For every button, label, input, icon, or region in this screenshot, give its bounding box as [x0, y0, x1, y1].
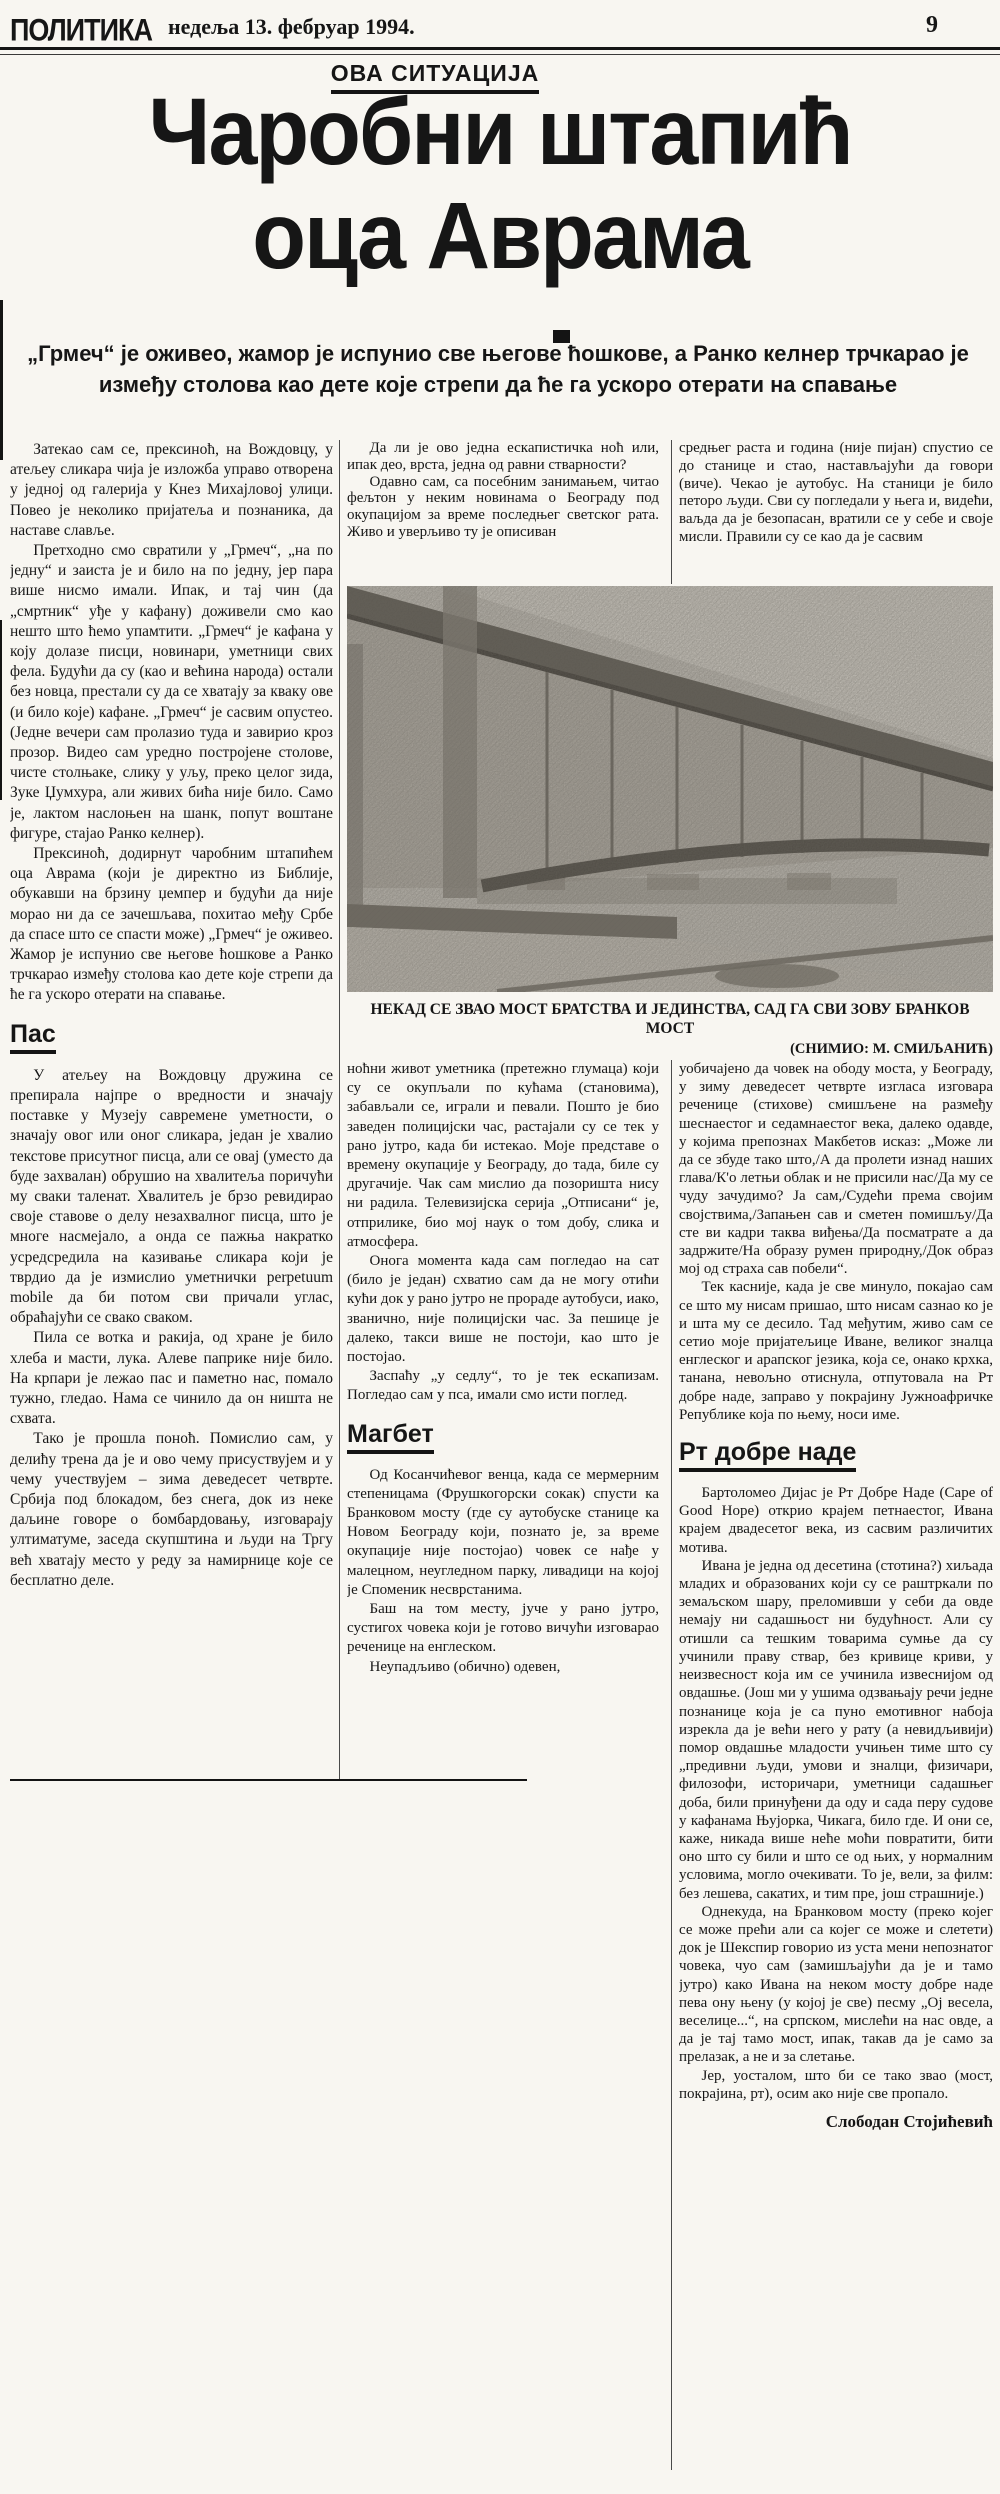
- column-rule-1: [339, 440, 340, 1779]
- body-paragraph: Заспаћу „у седлу“, то је тек ескапизам. …: [347, 1367, 659, 1405]
- body-paragraph: Неупадљиво (обично) одевен,: [347, 1658, 659, 1677]
- body-paragraph: Тек касније, када је све минуло, покајао…: [679, 1278, 993, 1424]
- column-rule-2-lower: [671, 1060, 672, 2470]
- body-paragraph: Јер, уосталом, што би се тако звао (мост…: [679, 2067, 993, 2103]
- body-paragraph: Прексиноћ, додирнут чаробним штапићем оц…: [10, 844, 333, 1006]
- photo-caption-block: НЕКАД СЕ ЗВАО МОСТ БРАТСТВА И ЈЕДИНСТВА,…: [347, 1000, 993, 1059]
- column-1: Затекао сам се, прексиноћ, на Вождовцу, …: [10, 440, 333, 1775]
- body-paragraph: Ивана је једна од десетина (стотина?) хи…: [679, 1557, 993, 1903]
- body-paragraph: ноћни живот уметника (претежно глумаца) …: [347, 1060, 659, 1252]
- edition-date: недеља 13. фебруар 1994.: [168, 14, 415, 40]
- body-paragraph: Од Косанчићевог венца, када се мермерним…: [347, 1466, 659, 1600]
- body-paragraph: Да ли је ово једна ескапистичка ноћ или,…: [347, 440, 659, 474]
- bridge-photo-graphic: [347, 586, 993, 992]
- article-end-rule: [10, 1779, 527, 1781]
- newspaper-page: ПОЛИТИКА недеља 13. фебруар 1994. 9 ОВА …: [0, 0, 1000, 2494]
- subhead-pas: Пас: [10, 1022, 56, 1054]
- scan-artifact: [0, 300, 3, 460]
- page-header: ПОЛИТИКА недеља 13. фебруар 1994. 9: [0, 10, 1000, 46]
- author-byline: Слободан Стојићевић: [679, 2113, 993, 2131]
- lede: „Грмеч“ је оживео, жамор је испунио све …: [12, 338, 984, 400]
- column-3-lower: уобичајено да човек на ободу моста, у Бе…: [679, 1060, 993, 2480]
- column-rule-2-upper: [671, 440, 672, 584]
- column-3-top: средњег раста и година (није пијан) спус…: [679, 440, 993, 584]
- subhead-magbet: Магбет: [347, 1422, 434, 1454]
- body-paragraph: Онога момента када сам погледао на сат (…: [347, 1252, 659, 1367]
- column-2-lower: ноћни живот уметника (претежно глумаца) …: [347, 1060, 659, 1775]
- body-paragraph: Пила се вотка и ракија, од хране је било…: [10, 1328, 333, 1429]
- body-paragraph: Однекуда, на Бранковом мосту (преко које…: [679, 1903, 993, 2067]
- newspaper-brand: ПОЛИТИКА: [10, 12, 152, 49]
- photo-credit: (СНИМИО: М. СМИЉАНИЋ): [347, 1040, 993, 1059]
- column-2-top: Да ли је ово једна ескапистичка ноћ или,…: [347, 440, 659, 584]
- header-rule-thin: [0, 54, 1000, 55]
- body-paragraph: Бартоломео Дијас је Рт Добре Наде (Cape …: [679, 1484, 993, 1557]
- body-paragraph: Одавно сам, са посебним занимањем, читао…: [347, 474, 659, 541]
- body-paragraph: У атељеу на Вождовцу дружина се препирал…: [10, 1066, 333, 1329]
- photo-caption: НЕКАД СЕ ЗВАО МОСТ БРАТСТВА И ЈЕДИНСТВА,…: [347, 1000, 993, 1038]
- headline-line2: оца Аврама: [0, 188, 1000, 283]
- body-paragraph: средњег раста и година (није пијан) спус…: [679, 440, 993, 547]
- subhead-rt-dobre-nade: Рт добре наде: [679, 1440, 856, 1472]
- body-paragraph: Баш на том месту, јуче у рано јутро, сус…: [347, 1600, 659, 1658]
- body-paragraph: Тако је прошла поноћ. Помислио сам, у де…: [10, 1429, 333, 1591]
- scan-artifact: [0, 620, 2, 800]
- header-rule-thick: [0, 47, 1000, 50]
- page-number: 9: [926, 12, 938, 39]
- body-paragraph: Затекао сам се, прексиноћ, на Вождовцу, …: [10, 440, 333, 541]
- body-paragraph: уобичајено да човек на ободу моста, у Бе…: [679, 1060, 993, 1278]
- body-paragraph: Претходно смо свратили у „Грмеч“, „на по…: [10, 541, 333, 844]
- headline-line1: Чаробни штапић: [0, 84, 1000, 179]
- bridge-photo: [347, 586, 993, 992]
